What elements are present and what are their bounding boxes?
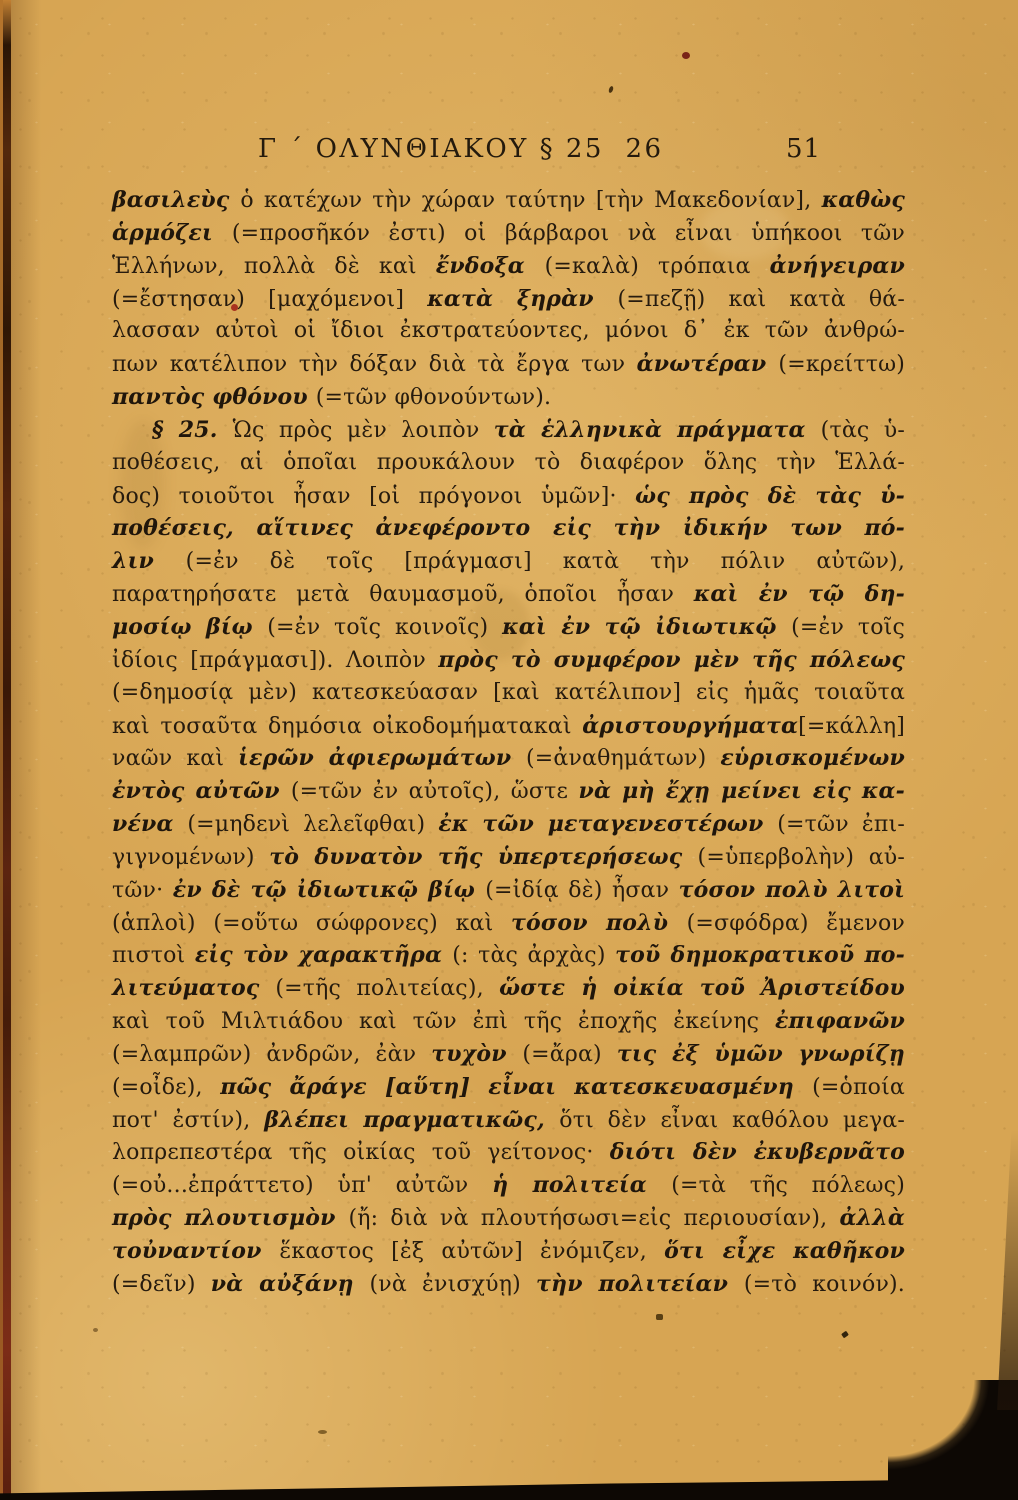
plain-text: (=τὸ κοινόν). — [744, 1272, 905, 1297]
scanned-book-page: Γ ΄ ΟΛΥΝΘΙΑΚΟΥ § 25 26 51 βασιλεὺς ὁ κατ… — [0, 0, 1018, 1500]
binding-edge-dark — [3, 0, 11, 1500]
emphasized-text: βλέπει πραγματικῶς, — [264, 1107, 559, 1133]
plain-text: ποθέσεις, αἱ ὁποῖαι προυκάλουν τὸ διαφέρ… — [112, 450, 905, 475]
plain-text: λασσαν αὐτοὶ οἱ ἴδιοι ἐκστρατεύοντες, μό… — [112, 318, 905, 343]
plain-text: ὅτι δὲν εἶναι καθόλου μεγα- — [559, 1108, 905, 1133]
plain-text: (=πεζῇ) καὶ κατὰ θά- — [617, 287, 905, 312]
emphasized-text: λιτεύματος — [112, 975, 275, 1001]
emphasized-text: ἐντὸς αὐτῶν — [112, 778, 291, 804]
plain-text: ποτ' ἐστίν), — [112, 1108, 264, 1133]
emphasized-text: ἱερῶν ἀφιερωμάτων — [238, 745, 526, 771]
plain-text: (νὰ ἐνισχύῃ) — [370, 1272, 537, 1297]
emphasized-text: ἡ πολιτεία — [492, 1172, 671, 1198]
ink-speck — [318, 1430, 327, 1434]
emphasized-text: ἀνήγειραν — [770, 253, 905, 279]
text-line: (=οὐ...ἐπράττετο) ὑπ' αὐτῶν ἡ πολιτεία (… — [112, 1169, 905, 1202]
plain-text: (=τῶν ἐν αὐτοῖς), ὥστε — [291, 779, 579, 804]
plain-text: (=ἰδίᾳ δὲ) ἦσαν — [485, 878, 678, 903]
plain-text: (=ἐν τοῖς κοινοῖς) — [267, 615, 502, 640]
text-line: δος) τοιοῦτοι ἦσαν [οἱ πρόγονοι ὑμῶν]· ὡ… — [112, 480, 905, 513]
plain-text: (=τὰ τῆς πόλεως) — [671, 1173, 905, 1198]
emphasized-text: διότι δὲν ἐκυβερνᾶτο — [610, 1139, 905, 1165]
plain-text: (: τὰς ἀρχὰς) — [452, 943, 615, 968]
text-line: § 25. Ὡς πρὸς μὲν λοιπὸν τὰ ἑλληνικὰ πρά… — [112, 414, 905, 447]
emphasized-text: βασιλεὺς — [112, 187, 240, 213]
text-line: παρατηρήσατε μετὰ θαυμασμοῦ, ὁποῖοι ἦσαν… — [112, 578, 905, 611]
plain-text: (=ἄρα) — [522, 1042, 616, 1067]
binding-edge-shadow — [11, 0, 41, 1500]
text-line: (=δεῖν) νὰ αὐξάνῃ (νὰ ἐνισχύῃ) τὴν πολιτ… — [112, 1268, 905, 1301]
emphasized-text: ἁρμόζει — [112, 220, 232, 246]
plain-text: (=ἔστησαν) [μαχόμενοι] — [112, 287, 427, 312]
plain-text: (=τῶν ἐπι- — [777, 812, 905, 837]
running-header-title: Γ ΄ ΟΛΥΝΘΙΑΚΟΥ § 25 26 — [258, 134, 664, 164]
emphasized-text: τὰ ἑλληνικὰ πράγματα — [494, 417, 821, 443]
text-line: βασιλεὺς ὁ κατέχων τὴν χώραν ταύτην [τὴν… — [112, 184, 905, 217]
plain-text: τῶν· — [112, 878, 173, 903]
text-line: τοὐναντίον ἕκαστος [ἐξ αὐτῶν] ἐνόμιζεν, … — [112, 1235, 905, 1268]
text-line: Ἑλλήνων, πολλὰ δὲ καὶ ἔνδοξα (=καλὰ) τρό… — [112, 250, 905, 283]
emphasized-text: ἐκ τῶν μεταγενεστέρων — [438, 811, 777, 837]
plain-text: (=τῶν φθονούντων). — [316, 385, 551, 410]
emphasized-text: τὴν πολιτείαν — [536, 1271, 744, 1297]
emphasized-text: ἐπιφανῶν — [775, 1008, 905, 1034]
emphasized-text: νὰ αὐξάνῃ — [211, 1271, 370, 1297]
plain-text: Ἑλλήνων, πολλὰ δὲ καὶ — [112, 254, 436, 279]
text-line: λιτεύματος (=τῆς πολιτείας), ὥστε ἡ οἰκί… — [112, 972, 905, 1005]
plain-text: δος) τοιοῦτοι ἦσαν [οἱ πρόγονοι ὑμῶν]· — [112, 484, 635, 509]
emphasized-text: καὶ ἐν τῷ δη- — [694, 581, 905, 607]
text-line: (=οἶδε), πῶς ἄράγε [αὕτη] εἶναι κατεσκευ… — [112, 1071, 905, 1104]
emphasized-text: τόσον πολὺ λιτοὶ — [679, 877, 905, 903]
page-bottom-edge — [0, 1470, 1018, 1500]
plain-text: (=οὐ...ἐπράττετο) ὑπ' αὐτῶν — [112, 1173, 492, 1198]
text-line: πρὸς πλουτισμὸν (ἤ: διὰ νὰ πλουτήσωσι=εἰ… — [112, 1202, 905, 1235]
text-block: βασιλεὺς ὁ κατέχων τὴν χώραν ταύτην [τὴν… — [112, 184, 905, 1301]
text-line: τῶν· ἐν δὲ τῷ ἰδιωτικῷ βίῳ (=ἰδίᾳ δὲ) ἦσ… — [112, 874, 905, 907]
text-line: λιν (=ἐν δὲ τοῖς [πράγμασι] κατὰ τὴν πόλ… — [112, 545, 905, 578]
emphasized-text: ὅτι εἶχε καθῆκον — [664, 1238, 905, 1264]
emphasized-text: ἀριστουργήματα — [582, 713, 798, 739]
text-line: ποτ' ἐστίν), βλέπει πραγματικῶς, ὅτι δὲν… — [112, 1104, 905, 1137]
plain-text: (ἁπλοὶ) (=οὕτω σώφρονες) καὶ — [112, 911, 511, 936]
plain-text: (=ὁποία — [812, 1075, 905, 1100]
ink-speck — [682, 52, 690, 59]
plain-text: (τὰς ὑ- — [821, 418, 905, 443]
emphasized-text: § 25. — [152, 417, 233, 443]
plain-text: (=προσῆκόν ἐστι) οἱ βάρβαροι νὰ εἶναι ὑπ… — [232, 221, 905, 246]
text-line: ναῶν καὶ ἱερῶν ἀφιερωμάτων (=ἀναθημάτων)… — [112, 742, 905, 775]
plain-text: παρατηρήσατε μετὰ θαυμασμοῦ, ὁποῖοι ἦσαν — [112, 582, 694, 607]
emphasized-text: εἰς τὸν χαρακτῆρα — [195, 942, 452, 968]
text-line: πιστοὶ εἰς τὸν χαρακτῆρα (: τὰς ἀρχὰς) τ… — [112, 939, 905, 972]
plain-text: (=λαμπρῶν) ἀνδρῶν, ἐὰν — [112, 1042, 431, 1067]
emphasized-text: κατὰ ξηρὰν — [427, 286, 617, 312]
plain-text: ἰδίοις [πράγμασι]). Λοιπὸν — [112, 648, 438, 673]
text-line: ποθέσεις, αἱ ὁποῖαι προυκάλουν τὸ διαφέρ… — [112, 447, 905, 480]
text-line: (=δημοσίᾳ μὲν) κατεσκεύασαν [καὶ κατέλιπ… — [112, 677, 905, 710]
plain-text: (ἤ: διὰ νὰ πλουτήσωσι=εἰς περιουσίαν), — [348, 1206, 839, 1231]
plain-text: πιστοὶ — [112, 943, 195, 968]
plain-text: (=τῆς πολιτείας), — [275, 976, 499, 1001]
plain-text: (=καλὰ) τρόπαια — [545, 254, 770, 279]
text-line: πων κατέλιπον τὴν δόξαν διὰ τὰ ἔργα των … — [112, 348, 905, 381]
plain-text: καὶ τοσαῦτα δημόσια οἰκοδομήματακαὶ — [112, 714, 582, 739]
text-line: λοπρεπεστέρα τῆς οἰκίας τοῦ γείτονος· δι… — [112, 1136, 905, 1169]
emphasized-text: νένα — [112, 811, 187, 837]
plain-text: (=ἀναθημάτων) — [526, 746, 720, 771]
emphasized-text: τὸ δυνατὸν τῆς ὑπερτερήσεως — [269, 844, 697, 870]
emphasized-text: ἀλλὰ — [840, 1205, 906, 1231]
plain-text: ναῶν καὶ — [112, 746, 238, 771]
emphasized-text: τοῦ δημοκρατικοῦ πο- — [615, 942, 905, 968]
emphasized-text: ποθέσεις, αἵτινες ἀνεφέροντο εἰς τὴν ἰδι… — [112, 515, 905, 541]
emphasized-text: ἔνδοξα — [436, 253, 545, 279]
plain-text: (=ἐν δὲ τοῖς [πράγμασι] κατὰ τὴν πόλιν α… — [186, 549, 905, 574]
emphasized-text: τοὐναντίον — [112, 1238, 279, 1264]
plain-text: (=σφόδρα) ἔμενον — [687, 911, 905, 936]
emphasized-text: ἐν δὲ τῷ ἰδιωτικῷ βίῳ — [173, 877, 485, 903]
plain-text: (=οἶδε), — [112, 1075, 220, 1100]
text-line: καὶ τοσαῦτα δημόσια οἰκοδομήματακαὶ ἀρισ… — [112, 710, 905, 743]
plain-text: [=κάλλη] — [798, 714, 905, 739]
plain-text: (=δημοσίᾳ μὲν) κατεσκεύασαν [καὶ κατέλιπ… — [112, 680, 905, 705]
ink-speck — [841, 1331, 849, 1339]
plain-text: γιγνομένων) — [112, 845, 269, 870]
plain-text: καὶ τοῦ Μιλτιάδου καὶ τῶν ἐπὶ τῆς ἐποχῆς… — [112, 1009, 775, 1034]
emphasized-text: πρὸς τὸ συμφέρον μὲν τῆς πόλεως — [438, 647, 905, 673]
emphasized-text: καὶ ἐν τῷ ἰδιωτικῷ — [502, 614, 791, 640]
text-line: ἐντὸς αὐτῶν (=τῶν ἐν αὐτοῖς), ὥστε νὰ μὴ… — [112, 775, 905, 808]
plain-text: Ὡς πρὸς μὲν λοιπὸν — [233, 418, 494, 443]
text-line: ἰδίοις [πράγμασι]). Λοιπὸν πρὸς τὸ συμφέ… — [112, 644, 905, 677]
text-line: παντὸς φθόνου (=τῶν φθονούντων). — [112, 381, 905, 414]
emphasized-text: καθὼς — [822, 187, 905, 213]
text-line: μοσίῳ βίῳ (=ἐν τοῖς κοινοῖς) καὶ ἐν τῷ ἰ… — [112, 611, 905, 644]
text-line: (=λαμπρῶν) ἀνδρῶν, ἐὰν τυχὸν (=ἄρα) τις … — [112, 1038, 905, 1071]
page-right-edge-shadow — [996, 1130, 1018, 1410]
ink-speck — [656, 1314, 663, 1320]
plain-text: ὁ κατέχων τὴν χώραν ταύτην [τὴν Μακεδονί… — [240, 188, 821, 213]
plain-text: λοπρεπεστέρα τῆς οἰκίας τοῦ γείτονος· — [112, 1140, 610, 1165]
plain-text: (=μηδενὶ λελεῖφθαι) — [187, 812, 438, 837]
emphasized-text: ὡς πρὸς δὲ τὰς ὑ- — [635, 483, 905, 509]
plain-text: ἕκαστος [ἐξ αὐτῶν] ἐνόμιζεν, — [279, 1239, 664, 1264]
text-line: ποθέσεις, αἵτινες ἀνεφέροντο εἰς τὴν ἰδι… — [112, 512, 905, 545]
text-line: (ἁπλοὶ) (=οὕτω σώφρονες) καὶ τόσον πολὺ … — [112, 907, 905, 940]
emphasized-text: τις ἐξ ὑμῶν γνωρίζῃ — [617, 1041, 905, 1067]
text-line: καὶ τοῦ Μιλτιάδου καὶ τῶν ἐπὶ τῆς ἐποχῆς… — [112, 1005, 905, 1038]
emphasized-text: τόσον πολὺ — [511, 910, 687, 936]
plain-text: (=ἐν τοῖς — [791, 615, 905, 640]
emphasized-text: τυχὸν — [431, 1041, 522, 1067]
text-line: ἁρμόζει (=προσῆκόν ἐστι) οἱ βάρβαροι νὰ … — [112, 217, 905, 250]
plain-text: (=κρείττω) — [778, 352, 905, 377]
page-number: 51 — [786, 134, 821, 164]
emphasized-text: εὑρισκομένων — [720, 745, 905, 771]
text-line: γιγνομένων) τὸ δυνατὸν τῆς ὑπερτερήσεως … — [112, 841, 905, 874]
ink-speck — [93, 1328, 98, 1332]
emphasized-text: πρὸς πλουτισμὸν — [112, 1205, 348, 1231]
emphasized-text: νὰ μὴ ἔχῃ μείνει εἰς κα- — [578, 778, 905, 804]
emphasized-text: λιν — [112, 548, 186, 574]
plain-text: πων κατέλιπον τὴν δόξαν διὰ τὰ ἔργα των — [112, 352, 637, 377]
emphasized-text: μοσίῳ βίῳ — [112, 614, 267, 640]
text-line: νένα (=μηδενὶ λελεῖφθαι) ἐκ τῶν μεταγενε… — [112, 808, 905, 841]
ink-speck — [608, 86, 614, 94]
plain-text: (=ὑπερβολὴν) αὐ- — [698, 845, 905, 870]
emphasized-text: ἀνωτέραν — [637, 351, 779, 377]
plain-text: (=δεῖν) — [112, 1272, 211, 1297]
emphasized-text: παντὸς φθόνου — [112, 384, 316, 410]
text-line: (=ἔστησαν) [μαχόμενοι] κατὰ ξηρὰν (=πεζῇ… — [112, 283, 905, 316]
emphasized-text: ὥστε ἡ οἰκία τοῦ Ἀριστείδου — [499, 975, 905, 1001]
text-line: λασσαν αὐτοὶ οἱ ἴδιοι ἐκστρατεύοντες, μό… — [112, 315, 905, 348]
emphasized-text: πῶς ἄράγε [αὕτη] εἶναι κατεσκευασμένη — [220, 1074, 812, 1100]
